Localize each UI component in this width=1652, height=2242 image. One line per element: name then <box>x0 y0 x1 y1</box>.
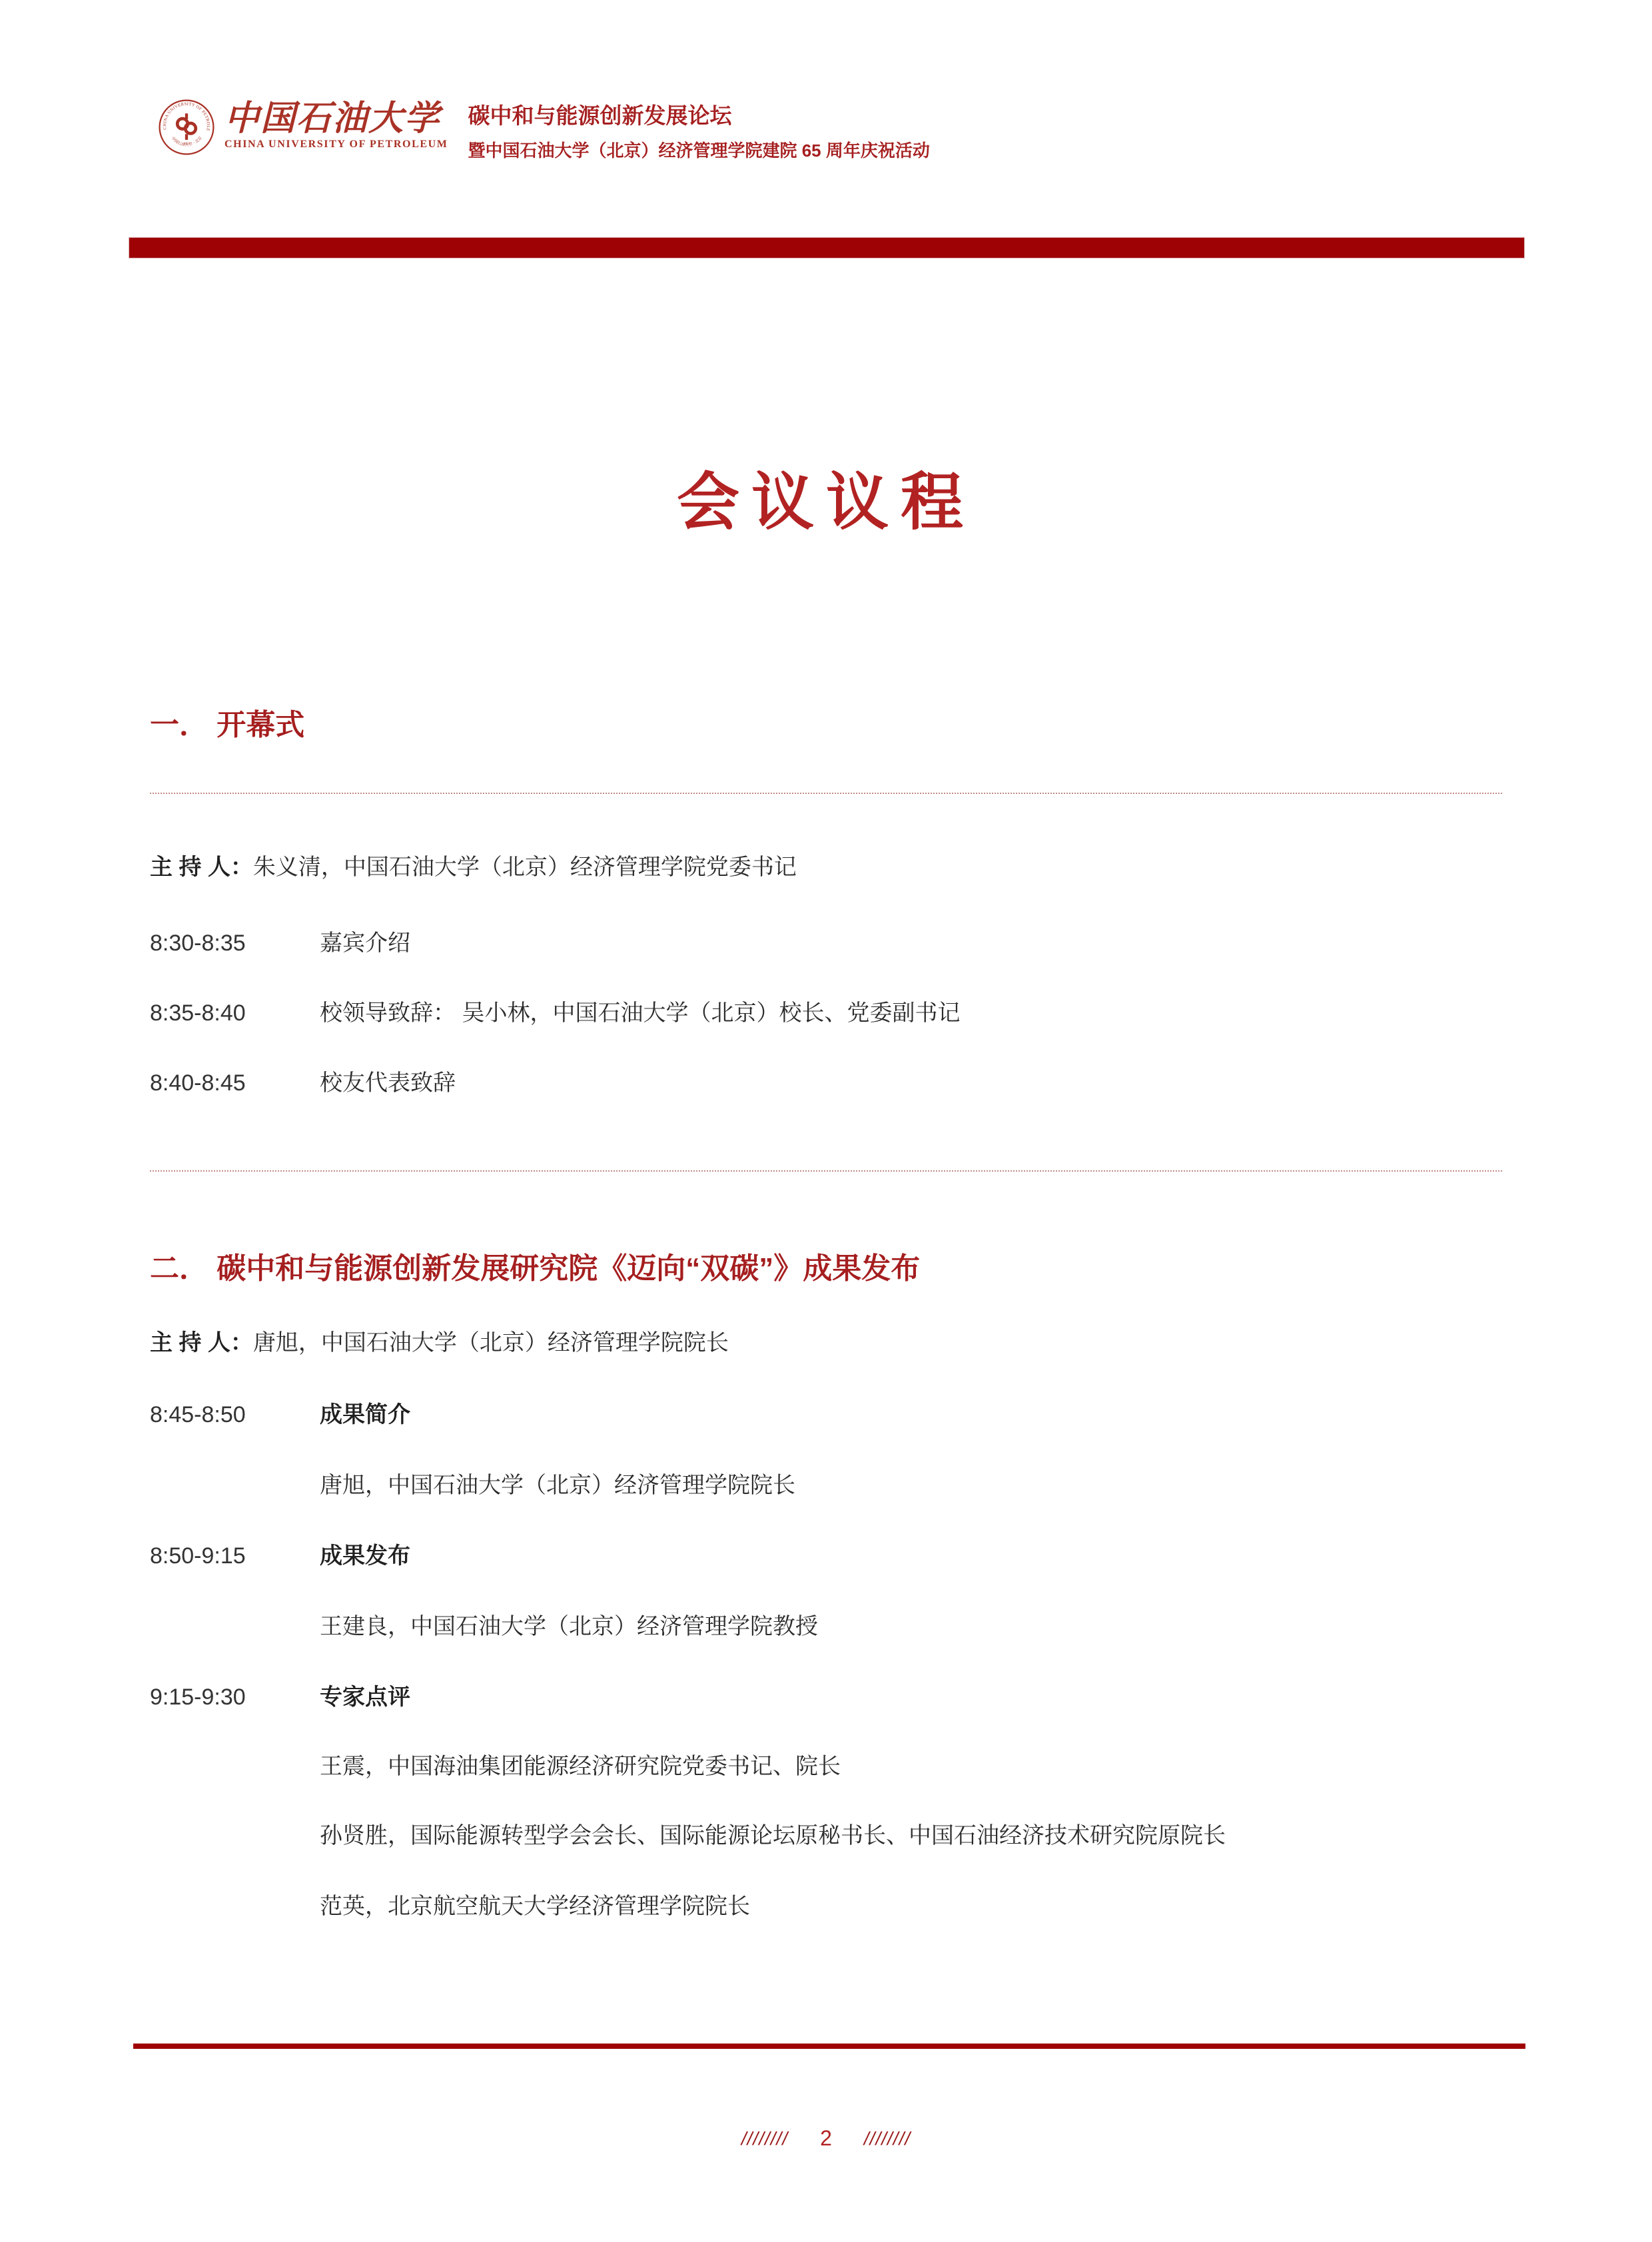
agenda-item: 8:35-8:40校领导致辞： 吴小林，中国石油大学（北京）校长、党委副书记 <box>150 998 1502 1028</box>
forum-header-text: 碳中和与能源创新发展论坛 暨中国石油大学（北京）经济管理学院建院 65 周年庆祝… <box>468 103 929 162</box>
agenda-item: 8:40-8:45校友代表致辞 <box>150 1068 1502 1098</box>
section-1-host-row: 主 持 人：朱义清，中国石油大学（北京）经济管理学院党委书记 <box>150 853 1502 882</box>
agenda-time: 8:50-9:15 <box>150 1541 320 1571</box>
page-number: 2 <box>820 2126 832 2151</box>
logo-text-block: 中国石油大学 CHINA UNIVERSITY OF PETROLEUM <box>224 100 448 151</box>
agenda-detail: 范英，北京航空航天大学经济管理学院院长 <box>150 1892 1502 1921</box>
host-label: 主 持 人： <box>150 855 253 880</box>
agenda-time: 8:35-8:40 <box>150 998 320 1028</box>
agenda-time: 8:40-8:45 <box>150 1068 320 1098</box>
forum-title: 碳中和与能源创新发展论坛 <box>468 103 929 129</box>
forum-subtitle: 暨中国石油大学（北京）经济管理学院建院 65 周年庆祝活动 <box>468 137 929 162</box>
agenda-detail: 唐旭，中国石油大学（北京）经济管理学院院长 <box>150 1471 1502 1500</box>
footer-slashes-left: //////// <box>741 2128 788 2149</box>
agenda-detail: 王震，中国海油集团能源经济研究院党委书记、院长 <box>150 1752 1502 1781</box>
agenda-item: 8:50-9:15成果发布 <box>150 1541 1502 1571</box>
university-seal-logo: CHINA UNIVERSITY OF PETROLEUM 中国石油大学 · 北… <box>158 99 215 156</box>
agenda-item: 8:30-8:35嘉宾介绍 <box>150 929 1502 958</box>
agenda-title: 成果简介 <box>320 1402 410 1427</box>
footer-slashes-right: //////// <box>864 2128 911 2149</box>
section-1-heading: 一． 开幕式 <box>150 707 1502 743</box>
footer-rule-bar <box>133 2044 1525 2049</box>
agenda-title: 成果发布 <box>320 1543 410 1569</box>
agenda-title: 校友代表致辞 <box>320 1070 456 1096</box>
page-title: 会议议程 <box>0 452 1652 542</box>
seal-year-text: 1953 <box>183 142 191 146</box>
header-rule-bar <box>129 237 1525 258</box>
agenda-detail: 孙贤胜，国际能源转型学会会长、国际能源论坛原秘书长、中国石油经济技术研究院原院长 <box>150 1821 1502 1850</box>
agenda-page: CHINA UNIVERSITY OF PETROLEUM 中国石油大学 · 北… <box>0 0 1652 2242</box>
section-divider <box>150 1170 1502 1172</box>
university-name-en: CHINA UNIVERSITY OF PETROLEUM <box>224 139 448 151</box>
university-name-cn: 中国石油大学 <box>224 100 448 137</box>
host-value: 唐旭，中国石油大学（北京）经济管理学院院长 <box>253 1330 729 1355</box>
agenda-title: 嘉宾介绍 <box>320 931 410 956</box>
page-footer: //////// 2 //////// <box>0 2126 1652 2151</box>
section-2-heading: 二． 碳中和与能源创新发展研究院《迈向“双碳”》成果发布 <box>150 1251 1502 1287</box>
agenda-item: 8:45-8:50成果简介 <box>150 1400 1502 1429</box>
agenda-title: 专家点评 <box>320 1684 410 1710</box>
section-2-host-row: 主 持 人：唐旭，中国石油大学（北京）经济管理学院院长 <box>150 1328 1502 1357</box>
host-label: 主 持 人： <box>150 1330 253 1355</box>
host-value: 朱义清，中国石油大学（北京）经济管理学院党委书记 <box>253 855 797 880</box>
agenda-title: 校领导致辞： 吴小林，中国石油大学（北京）校长、党委副书记 <box>320 1000 960 1026</box>
section-divider <box>150 793 1502 794</box>
agenda-time: 8:45-8:50 <box>150 1400 320 1429</box>
agenda-detail: 王建良，中国石油大学（北京）经济管理学院教授 <box>150 1612 1502 1641</box>
agenda-time: 9:15-9:30 <box>150 1682 320 1712</box>
agenda-time: 8:30-8:35 <box>150 929 320 958</box>
page-header: CHINA UNIVERSITY OF PETROLEUM 中国石油大学 · 北… <box>158 99 930 162</box>
agenda-item: 9:15-9:30专家点评 <box>150 1682 1502 1712</box>
